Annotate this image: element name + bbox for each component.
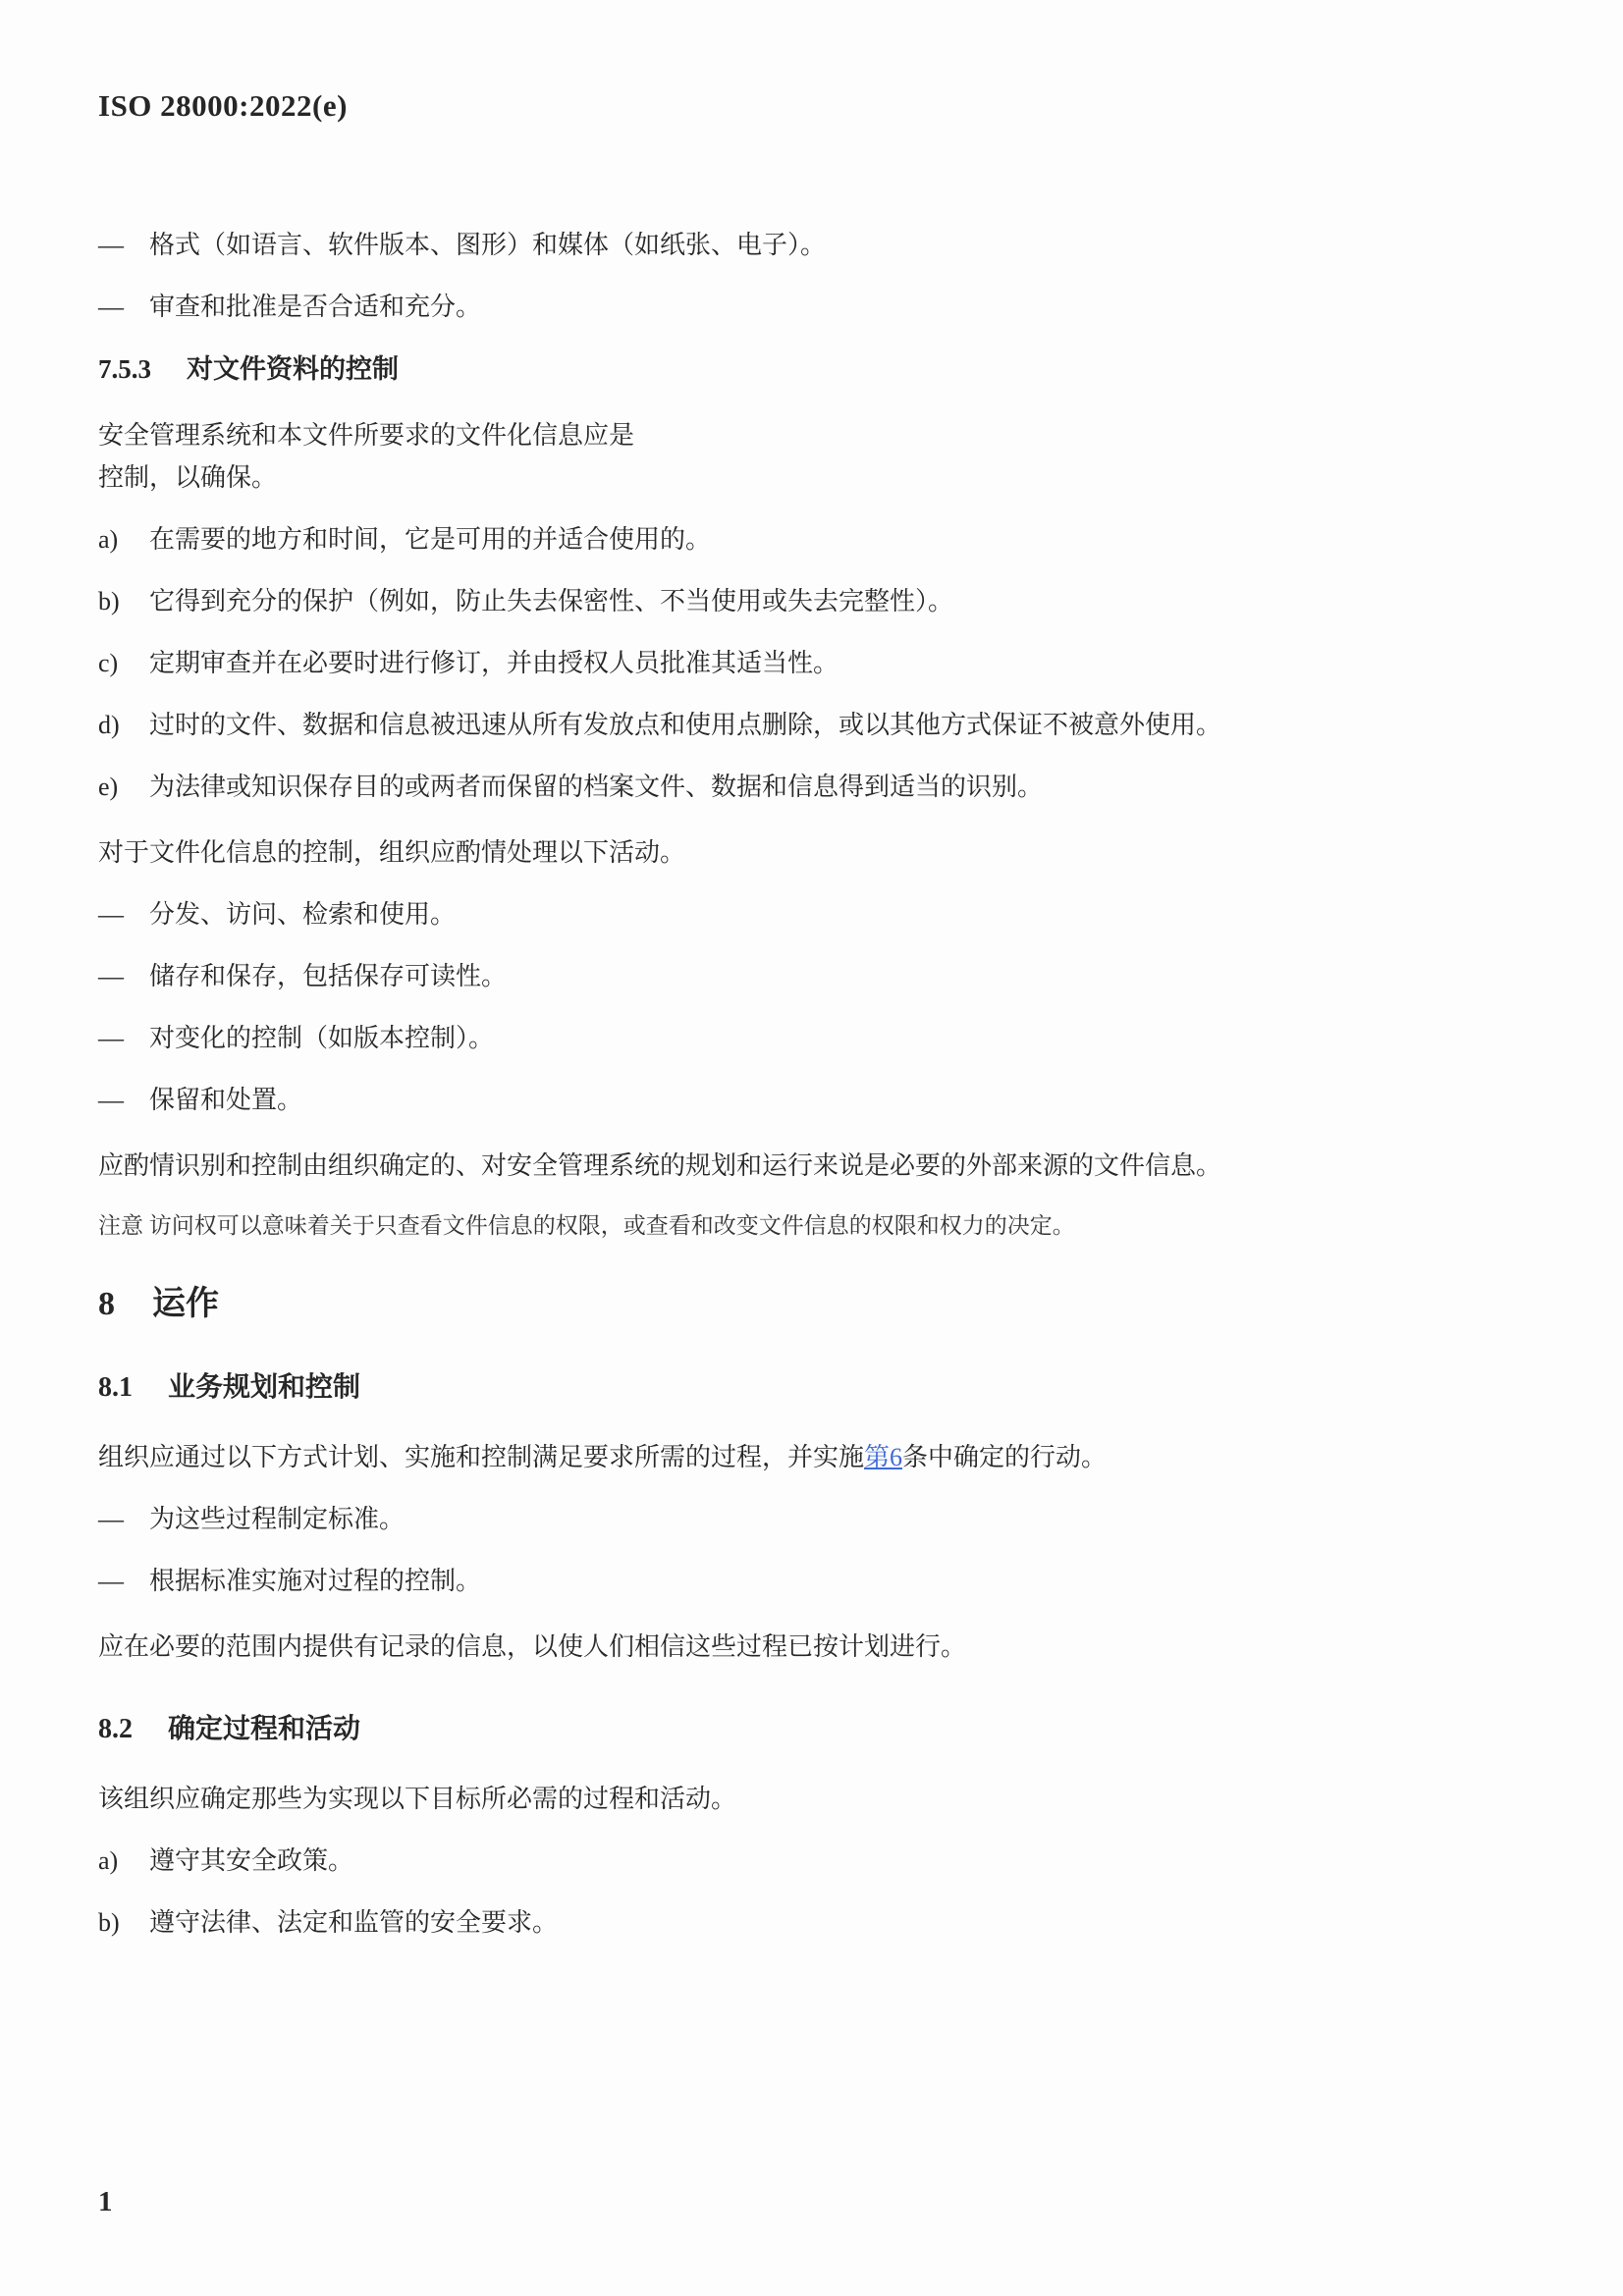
paragraph-line: 控制，以确保。 bbox=[98, 456, 1530, 499]
paragraph-text: 组织应通过以下方式计划、实施和控制满足要求所需的过程，并实施 bbox=[98, 1443, 864, 1471]
dash-list-item: — 分发、访问、检索和使用。 bbox=[98, 897, 1530, 932]
dash-item-text: 为这些过程制定标准。 bbox=[149, 1502, 1530, 1536]
lettered-list-item: e) 为法律或知识保存目的或两者而保留的档案文件、数据和信息得到适当的识别。 bbox=[98, 770, 1530, 804]
paragraph: 对于文件化信息的控制，组织应酌情处理以下活动。 bbox=[98, 831, 1530, 874]
section-title: 对文件资料的控制 bbox=[187, 354, 399, 384]
item-label: c) bbox=[98, 646, 149, 680]
lettered-list-item: d) 过时的文件、数据和信息被迅速从所有发放点和使用点删除，或以其他方式保证不被… bbox=[98, 708, 1530, 742]
dash-item-text: 根据标准实施对过程的控制。 bbox=[149, 1564, 1530, 1598]
dash-list-item: — 为这些过程制定标准。 bbox=[98, 1502, 1530, 1536]
dash-item-text: 储存和保存，包括保存可读性。 bbox=[149, 959, 1530, 993]
section-number: 8.1 bbox=[98, 1372, 133, 1403]
item-label: d) bbox=[98, 708, 149, 742]
section-title: 确定过程和活动 bbox=[168, 1714, 360, 1744]
document-header: ISO 28000:2022(e) bbox=[98, 86, 1530, 126]
dash-marker: — bbox=[98, 1021, 149, 1055]
item-label: b) bbox=[98, 584, 149, 618]
item-text: 为法律或知识保存目的或两者而保留的档案文件、数据和信息得到适当的识别。 bbox=[149, 770, 1530, 804]
page-number: 1 bbox=[98, 2186, 113, 2218]
dash-item-text: 分发、访问、检索和使用。 bbox=[149, 897, 1530, 932]
section-number: 8.2 bbox=[98, 1714, 133, 1744]
dash-list-item: — 格式（如语言、软件版本、图形）和媒体（如纸张、电子）。 bbox=[98, 228, 1530, 262]
lettered-list-item: b) 遵守法律、法定和监管的安全要求。 bbox=[98, 1905, 1530, 1940]
item-text: 过时的文件、数据和信息被迅速从所有发放点和使用点删除，或以其他方式保证不被意外使… bbox=[149, 708, 1530, 742]
paragraph-text: 条中确定的行动。 bbox=[902, 1443, 1107, 1471]
section-heading-8: 8运作 bbox=[98, 1282, 1530, 1326]
dash-marker: — bbox=[98, 959, 149, 993]
lettered-list-item: a) 在需要的地方和时间，它是可用的并适合使用的。 bbox=[98, 522, 1530, 557]
item-text: 遵守法律、法定和监管的安全要求。 bbox=[149, 1905, 1530, 1940]
dash-list-item: — 对变化的控制（如版本控制）。 bbox=[98, 1021, 1530, 1055]
lettered-list-item: b) 它得到充分的保护（例如，防止失去保密性、不当使用或失去完整性）。 bbox=[98, 584, 1530, 618]
clause-6-link[interactable]: 第6 bbox=[864, 1443, 902, 1471]
item-label: b) bbox=[98, 1905, 149, 1940]
dash-marker: — bbox=[98, 1083, 149, 1117]
dash-item-text: 审查和批准是否合适和充分。 bbox=[149, 290, 1530, 324]
dash-item-text: 对变化的控制（如版本控制）。 bbox=[149, 1021, 1530, 1055]
dash-item-text: 格式（如语言、软件版本、图形）和媒体（如纸张、电子）。 bbox=[149, 228, 1530, 262]
dash-list-item: — 储存和保存，包括保存可读性。 bbox=[98, 959, 1530, 993]
dash-list-item: — 保留和处置。 bbox=[98, 1083, 1530, 1117]
section-title: 运作 bbox=[152, 1286, 219, 1322]
item-label: e) bbox=[98, 770, 149, 804]
section-heading-7-5-3: 7.5.3对文件资料的控制 bbox=[98, 351, 1530, 387]
section-heading-8-2: 8.2确定过程和活动 bbox=[98, 1711, 1530, 1748]
paragraph-with-link: 组织应通过以下方式计划、实施和控制满足要求所需的过程，并实施第6条中确定的行动。 bbox=[98, 1436, 1530, 1478]
section-number: 7.5.3 bbox=[98, 354, 151, 384]
dash-list-item: — 审查和批准是否合适和充分。 bbox=[98, 290, 1530, 324]
paragraph-line: 安全管理系统和本文件所要求的文件化信息应是 bbox=[98, 414, 1530, 456]
dash-marker: — bbox=[98, 1502, 149, 1536]
paragraph: 安全管理系统和本文件所要求的文件化信息应是 控制，以确保。 bbox=[98, 414, 1530, 499]
note-text: 注意 访问权可以意味着关于只查看文件信息的权限，或查看和改变文件信息的权限和权力… bbox=[98, 1210, 1530, 1241]
paragraph: 该组织应确定那些为实现以下目标所必需的过程和活动。 bbox=[98, 1778, 1530, 1820]
document-page: ISO 28000:2022(e) — 格式（如语言、软件版本、图形）和媒体（如… bbox=[0, 0, 1623, 2296]
dash-list-item: — 根据标准实施对过程的控制。 bbox=[98, 1564, 1530, 1598]
item-text: 它得到充分的保护（例如，防止失去保密性、不当使用或失去完整性）。 bbox=[149, 584, 1530, 618]
item-text: 在需要的地方和时间，它是可用的并适合使用的。 bbox=[149, 522, 1530, 557]
lettered-list-item: a) 遵守其安全政策。 bbox=[98, 1843, 1530, 1878]
section-heading-8-1: 8.1业务规划和控制 bbox=[98, 1369, 1530, 1407]
dash-marker: — bbox=[98, 1564, 149, 1598]
dash-marker: — bbox=[98, 897, 149, 932]
section-title: 业务规划和控制 bbox=[168, 1372, 360, 1403]
paragraph: 应酌情识别和控制由组织确定的、对安全管理系统的规划和运行来说是必要的外部来源的文… bbox=[98, 1145, 1530, 1187]
item-label: a) bbox=[98, 522, 149, 557]
item-label: a) bbox=[98, 1843, 149, 1878]
section-number: 8 bbox=[98, 1286, 115, 1322]
dash-marker: — bbox=[98, 290, 149, 324]
dash-marker: — bbox=[98, 228, 149, 262]
dash-item-text: 保留和处置。 bbox=[149, 1083, 1530, 1117]
paragraph: 应在必要的范围内提供有记录的信息，以使人们相信这些过程已按计划进行。 bbox=[98, 1626, 1530, 1668]
lettered-list-item: c) 定期审查并在必要时进行修订，并由授权人员批准其适当性。 bbox=[98, 646, 1530, 680]
item-text: 定期审查并在必要时进行修订，并由授权人员批准其适当性。 bbox=[149, 646, 1530, 680]
item-text: 遵守其安全政策。 bbox=[149, 1843, 1530, 1878]
